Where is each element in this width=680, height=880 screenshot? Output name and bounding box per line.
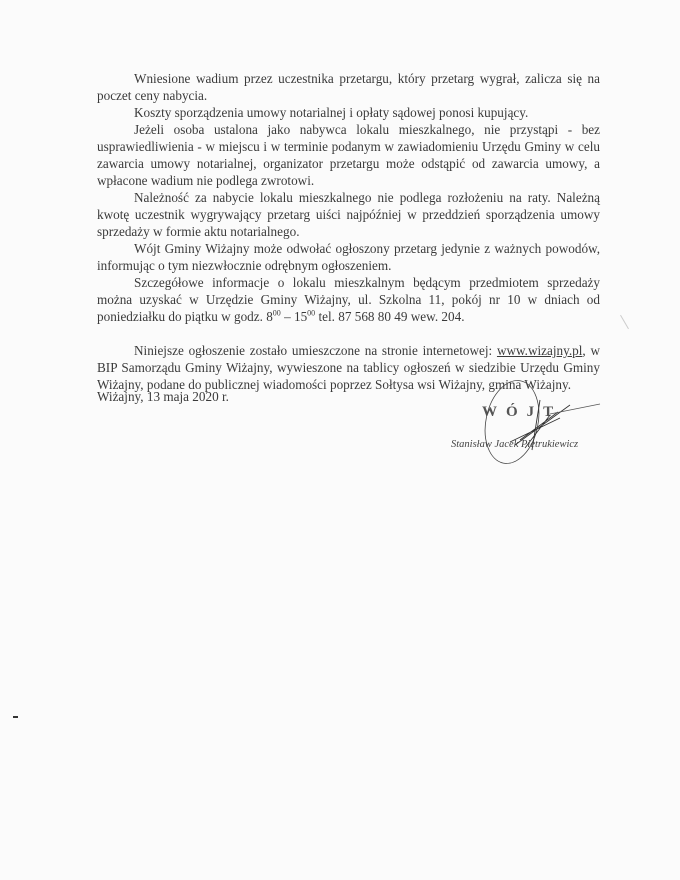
paragraph-details: Szczegółowe informacje o lokalu mieszkal… (97, 274, 600, 325)
scan-mark (13, 716, 18, 718)
scan-artifact (620, 315, 629, 329)
hour-start-minutes: 00 (273, 309, 281, 318)
signature-block: WÓJT Stanisław Jacek Pietrukiewicz (440, 380, 620, 470)
handwritten-signature-icon (440, 380, 620, 470)
document-page: Wniesione wadium przez uczestnika przeta… (0, 0, 680, 880)
hour-end: 15 (294, 309, 307, 324)
hour-dash: – (281, 309, 294, 324)
publication-text: Niniejsze ogłoszenie zostało umieszczone… (134, 343, 497, 358)
paragraph-cancellation: Wójt Gminy Wiżajny może odwołać ogłoszon… (97, 240, 600, 274)
hour-start: 8 (266, 309, 273, 324)
paragraph-withdrawal: Jeżeli osoba ustalona jako nabywca lokal… (97, 121, 600, 189)
paragraph-costs: Koszty sporządzenia umowy notarialnej i … (97, 104, 600, 121)
website-link[interactable]: www.wizajny.pl (497, 343, 582, 358)
hour-end-minutes: 00 (307, 309, 315, 318)
place-date: Wiżajny, 13 maja 2020 r. (97, 388, 229, 405)
contact-phone: tel. 87 568 80 49 wew. 204. (315, 309, 464, 324)
paragraph-payment: Należność za nabycie lokalu mieszkalnego… (97, 189, 600, 240)
document-body: Wniesione wadium przez uczestnika przeta… (97, 70, 600, 393)
paragraph-deposit: Wniesione wadium przez uczestnika przeta… (97, 70, 600, 104)
